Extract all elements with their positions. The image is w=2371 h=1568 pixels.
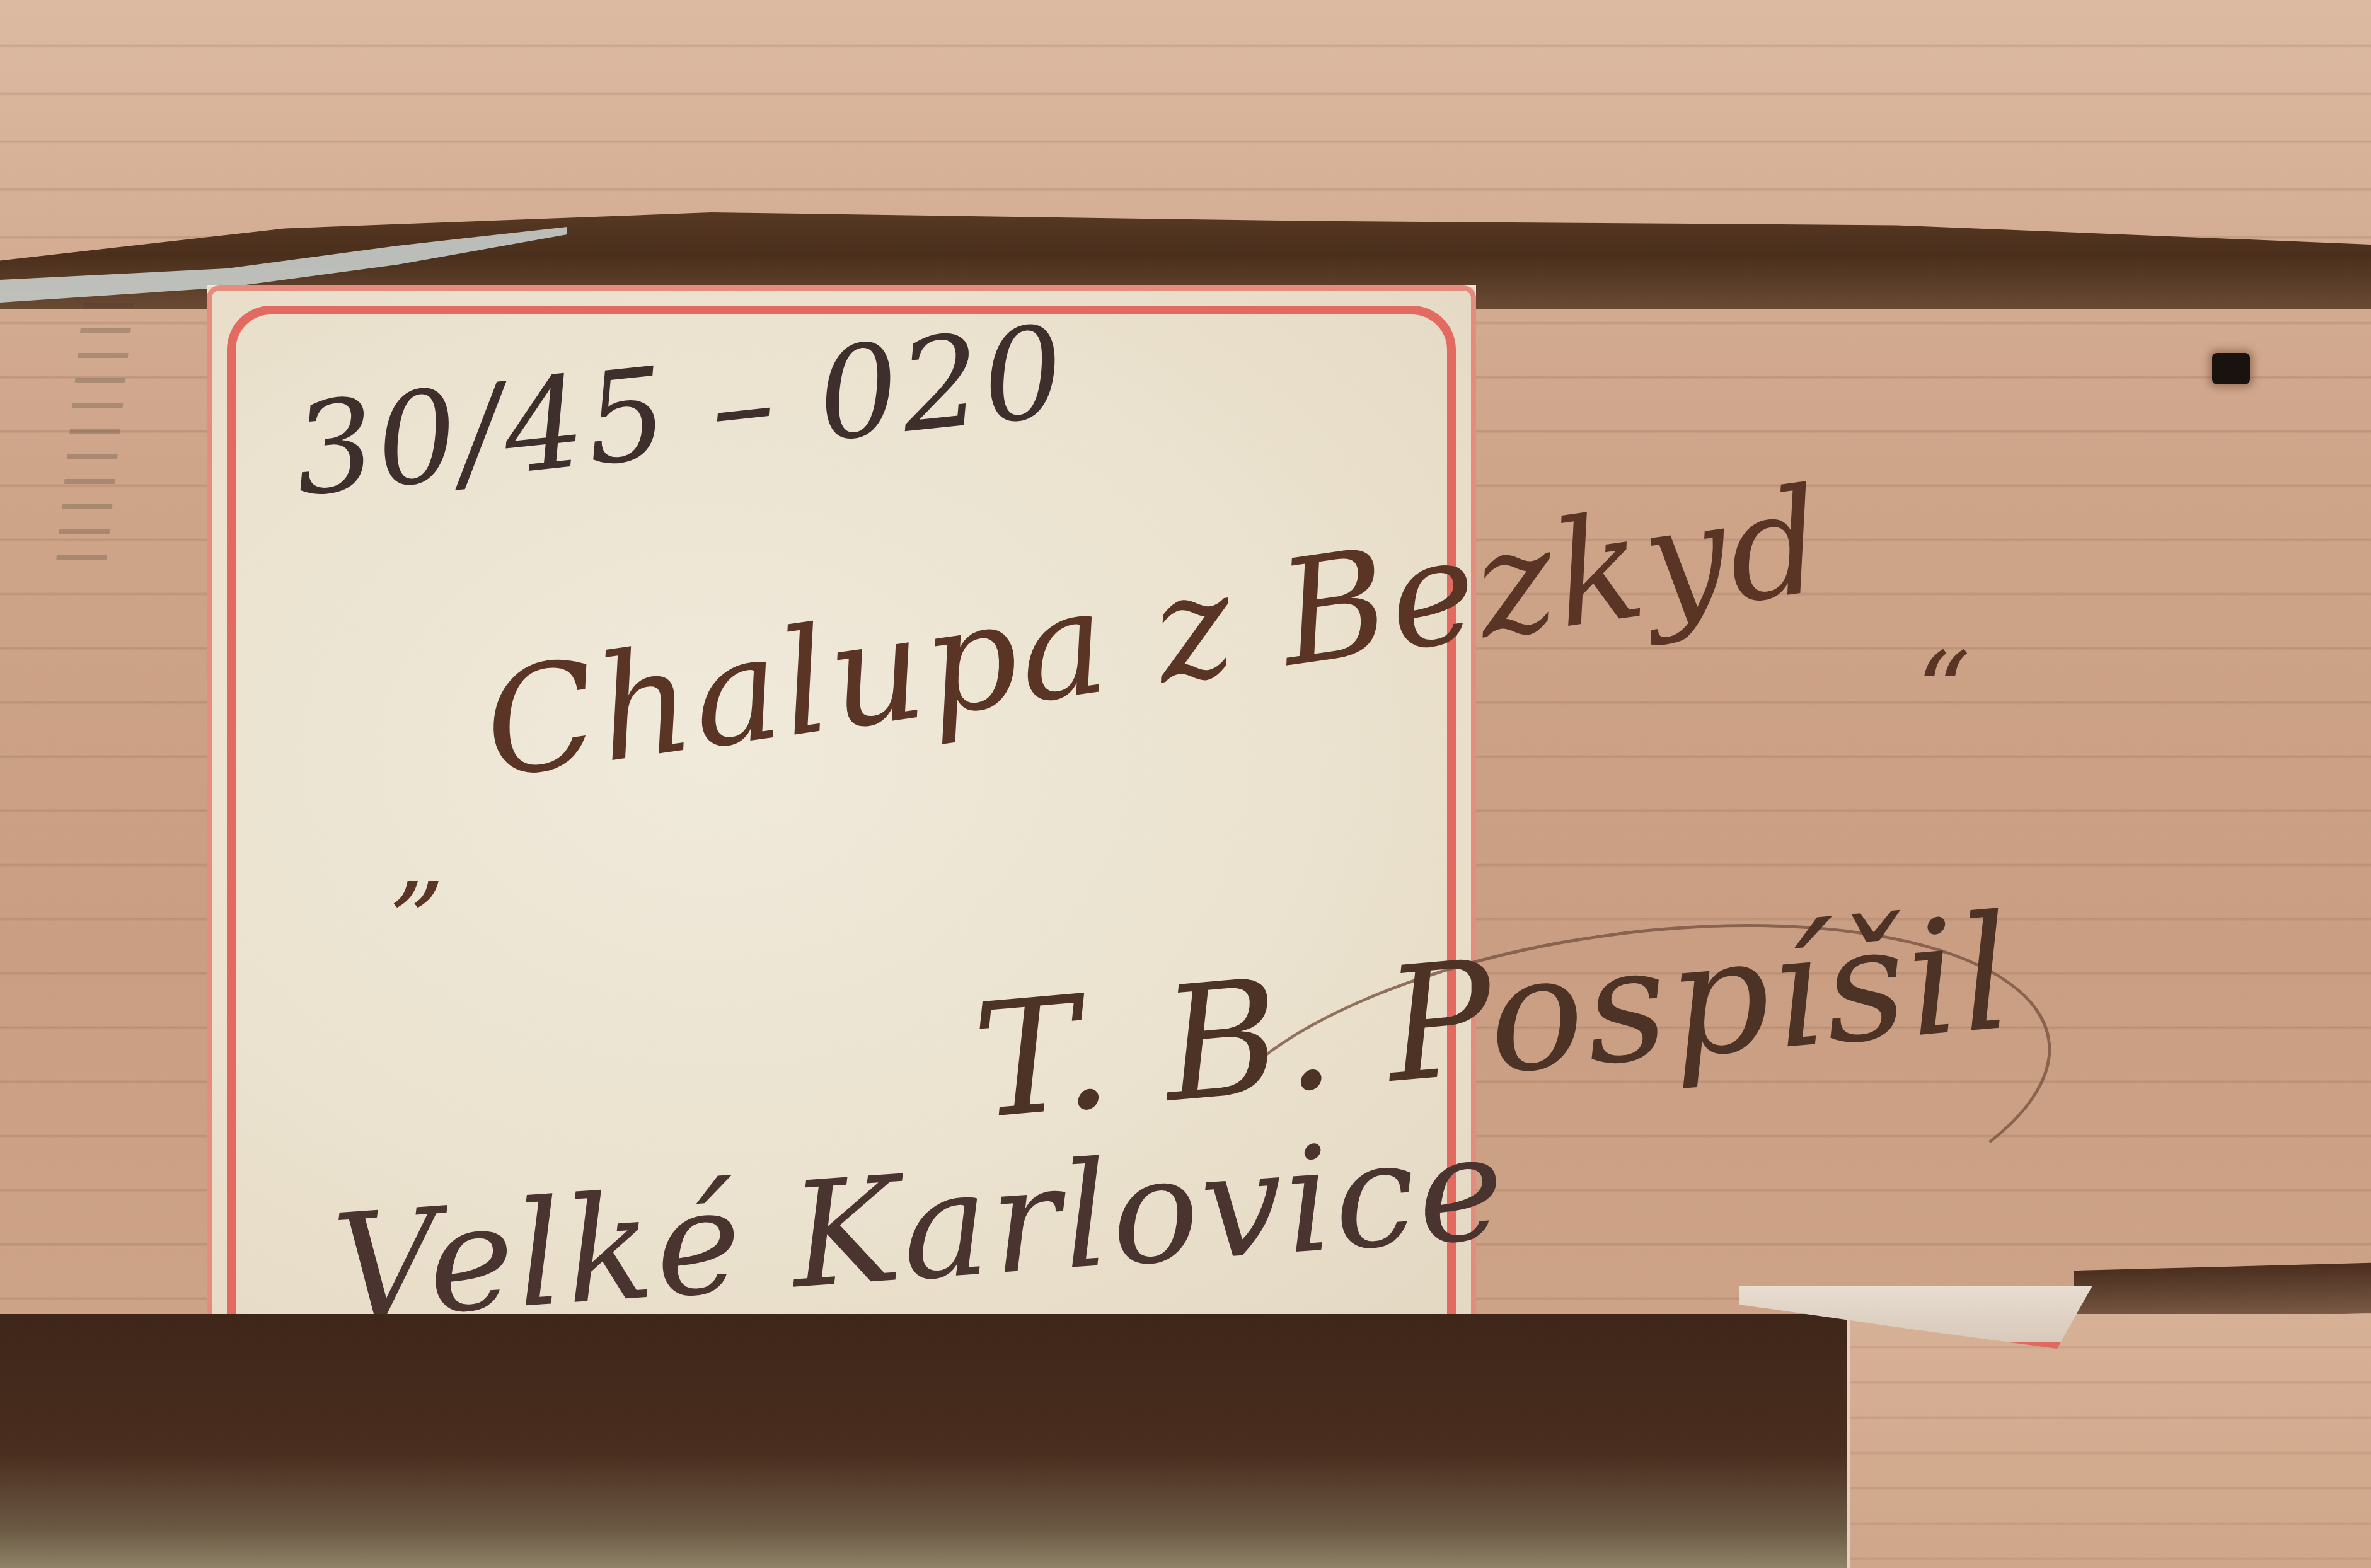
place-text-clip: Velké Karlovice (208, 1071, 1847, 1314)
wooden-stretcher-crossbar (1847, 1314, 2371, 1568)
wooden-stretcher-top-bar (0, 0, 2371, 239)
title-close-quote: “ (1916, 630, 1973, 755)
title-open-quote: „ (391, 794, 449, 919)
wood-knot-hole (2212, 353, 2250, 384)
stretcher-shadow (2074, 1263, 2371, 1321)
canvas-edge-bottom (0, 1314, 1847, 1568)
place-name: Velké Karlovice (328, 1104, 1511, 1314)
